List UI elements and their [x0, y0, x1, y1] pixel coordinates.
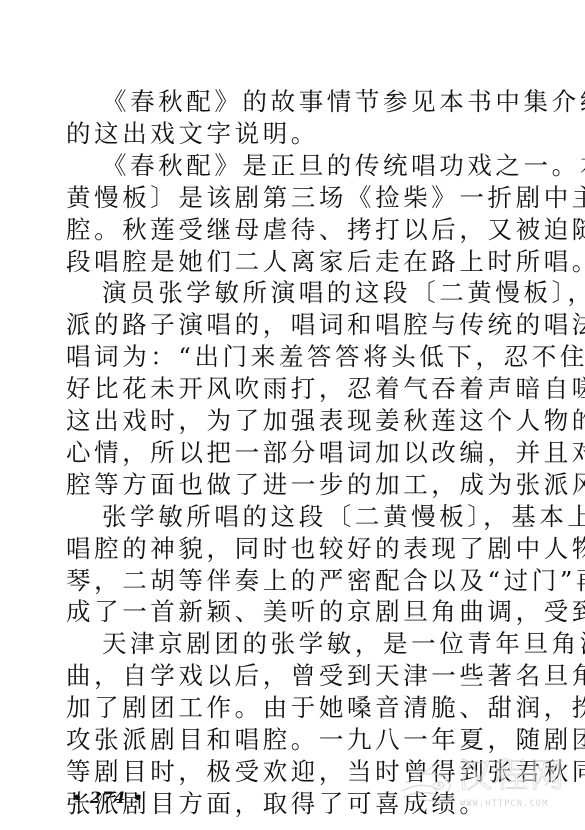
paragraph-1-line-2: 的这出戏文字说明。	[66, 120, 319, 152]
paragraph-3-line-4: 好比花未开风吹雨打，忍着气吞着声暗自嗟呀。”张君秋同志演	[66, 375, 585, 407]
paragraph-5-line-4: 攻张派剧目和唱腔。一九八一年夏，随剧团来京演出《望江亭》	[66, 726, 585, 758]
page-number: • 274 •	[72, 788, 144, 807]
paragraph-3-line-1: 演员张学敏所演唱的这段〔二黄慢板〕，是按照张（君秋）	[102, 279, 585, 311]
paragraph-5-line-2: 曲，自学戏以后，曾受到天津一些著名旦角演员的指导，后参	[66, 662, 585, 694]
paragraph-3-line-3: 唱词为：“出门来羞答答将头低下，忍不住珠泪儿点点如麻。奴	[66, 343, 585, 375]
paragraph-3-line-7: 腔等方面也做了进一步的加工，成为张派风格的一种唱法。	[66, 471, 585, 503]
paragraph-3-line-2: 派的路子演唱的，唱词和唱腔与传统的唱法均有一些区别。老的	[66, 311, 585, 343]
paragraph-5-line-3: 加了剧团工作。由于她嗓音清脆、甜润，扮相端庄、俊丽，后专	[66, 694, 585, 726]
watermark-title: 汉程网	[458, 757, 566, 795]
paragraph-3-line-6: 心情，所以把一部分唱词加以改编，并且对全段唱腔的吐字、行	[66, 439, 585, 471]
paragraph-3-line-5: 这出戏时，为了加强表现姜秋莲这个人物的遭遇和她当时的凄楚	[66, 407, 585, 439]
watermark: 汉程网 WWW.HTTPCN.COM	[398, 755, 578, 815]
paragraph-1-line-1: 《春秋配》的故事情节参见本书中集介绍旦角黄桂秋所演唱	[102, 88, 585, 120]
paragraph-5-line-1: 天津京剧团的张学敏，是一位青年旦角演员，她自幼喜爱戏	[102, 630, 585, 662]
paragraph-2-line-2: 黄慢板〕是该剧第三场《捡柴》一折剧中主要人物姜秋莲的唱	[66, 184, 585, 216]
paragraph-4-line-1: 张学敏所唱的这段〔二黄慢板〕，基本上传达了张(君秋)派	[102, 503, 585, 535]
paragraph-4-line-4: 成了一首新颖、美听的京剧旦角曲调，受到了爱好者的欢迎。	[66, 598, 585, 630]
dragon-logo-icon	[398, 759, 460, 811]
paragraph-2-line-3: 腔。秋莲受继母虐待、拷打以后，又被迫随乳娘去荒郊捡柴。这	[66, 216, 585, 248]
paragraph-4-line-3: 琴，二胡等伴奏上的严密配合以及“过门”再度翻新、创造，形	[66, 567, 585, 599]
watermark-url: WWW.HTTPCN.COM	[460, 799, 548, 809]
paragraph-2-line-1: 《春秋配》是正旦的传统唱功戏之一。本集选取的这段〔二	[102, 152, 585, 184]
paragraph-2-line-4: 段唱腔是她们二人离家后走在路上时所唱。	[66, 248, 585, 280]
book-page: 《春秋配》的故事情节参见本书中集介绍旦角黄桂秋所演唱 的这出戏文字说明。 《春秋…	[0, 0, 585, 830]
paragraph-4-line-2: 唱腔的神貌，同时也较好的表现了剧中人物的思想情绪。加上胡	[66, 535, 585, 567]
